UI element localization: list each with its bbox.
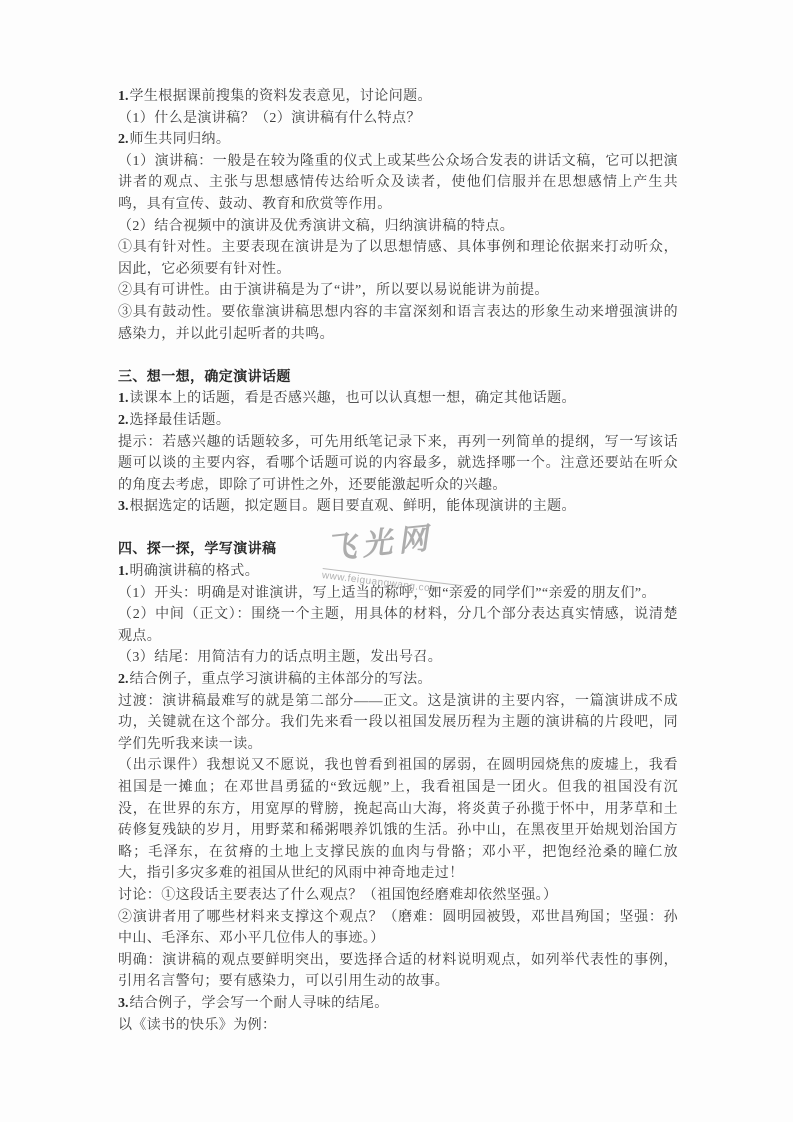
paragraph: 1.明确演讲稿的格式。 — [118, 561, 678, 583]
paragraph: （2）中间（正文）：围绕一个主题，用具体的材料，分几个部分表达真实情感，说清楚观… — [118, 604, 678, 647]
blank-line — [118, 518, 678, 540]
paragraph: 以《读书的快乐》为例： — [118, 1015, 678, 1037]
paragraph: 3.根据选定的话题，拟定题目。题目要直观、鲜明，能体现演讲的主题。 — [118, 496, 678, 518]
paragraph: （1）演讲稿：一般是在较为隆重的仪式上或某些公众场合发表的讲话文稿，它可以把演讲… — [118, 151, 678, 216]
paragraph: 讨论：①这段话主要表达了什么观点？（祖国饱经磨难却依然坚强。） — [118, 885, 678, 907]
paragraph: ①具有针对性。主要表现在演讲是为了以思想情感、具体事例和理论依据来打动听众，因此… — [118, 237, 678, 280]
paragraph: （3）结尾：用简洁有力的话点明主题，发出号召。 — [118, 647, 678, 669]
list-number: 2. — [118, 132, 130, 147]
paragraph: 1.学生根据课前搜集的资料发表意见，讨论问题。 — [118, 86, 678, 108]
list-number: 2. — [118, 413, 130, 428]
paragraph: 3.结合例子，学会写一个耐人寻味的结尾。 — [118, 993, 678, 1015]
paragraph: 明确：演讲稿的观点要鲜明突出，要选择合适的材料说明观点，如列举代表性的事例，引用… — [118, 950, 678, 993]
paragraph: （出示课件）我想说又不愿说，我也曾看到祖国的孱弱，在圆明园烧焦的废墟上，我看祖国… — [118, 755, 678, 885]
paragraph: ②演讲者用了哪些材料来支撑这个观点？（磨难：圆明园被毁，邓世昌殉国；坚强：孙中山… — [118, 907, 678, 950]
paragraph: 2.结合例子，重点学习演讲稿的主体部分的写法。 — [118, 669, 678, 691]
list-number: 1. — [118, 564, 130, 579]
document-content: 1.学生根据课前搜集的资料发表意见，讨论问题。（1）什么是演讲稿？（2）演讲稿有… — [118, 86, 678, 1036]
paragraph: ③具有鼓动性。要依靠演讲稿思想内容的丰富深刻和语言表达的形象生动来增强演讲的感染… — [118, 302, 678, 345]
paragraph: ②具有可讲性。由于演讲稿是为了“讲”，所以要以易说能讲为前提。 — [118, 280, 678, 302]
paragraph: 过渡：演讲稿最难写的就是第二部分——正文。这是演讲的主要内容，一篇演讲成不成功，… — [118, 691, 678, 756]
section-heading: 三、想一想，确定演讲话题 — [118, 367, 678, 389]
document-page: 1.学生根据课前搜集的资料发表意见，讨论问题。（1）什么是演讲稿？（2）演讲稿有… — [0, 0, 793, 1122]
paragraph: 2.选择最佳话题。 — [118, 410, 678, 432]
list-number: 2. — [118, 672, 130, 687]
section-heading: 四、探一探，学写演讲稿 — [118, 539, 678, 561]
list-number: 1. — [118, 89, 130, 104]
list-number: 1. — [118, 391, 130, 406]
paragraph: 2.师生共同归纳。 — [118, 129, 678, 151]
paragraph: （1）什么是演讲稿？（2）演讲稿有什么特点？ — [118, 108, 678, 130]
paragraph: （1）开头：明确是对谁演讲，写上适当的称呼，如“亲爱的同学们”“亲爱的朋友们”。 — [118, 583, 678, 605]
paragraph: 1.读课本上的话题，看是否感兴趣，也可以认真想一想，确定其他话题。 — [118, 388, 678, 410]
paragraph: （2）结合视频中的演讲及优秀演讲文稿，归纳演讲稿的特点。 — [118, 216, 678, 238]
blank-line — [118, 345, 678, 367]
paragraph: 提示：若感兴趣的话题较多，可先用纸笔记录下来，再列一列简单的提纲，写一写该话题可… — [118, 432, 678, 497]
list-number: 3. — [118, 499, 130, 514]
list-number: 3. — [118, 996, 130, 1011]
